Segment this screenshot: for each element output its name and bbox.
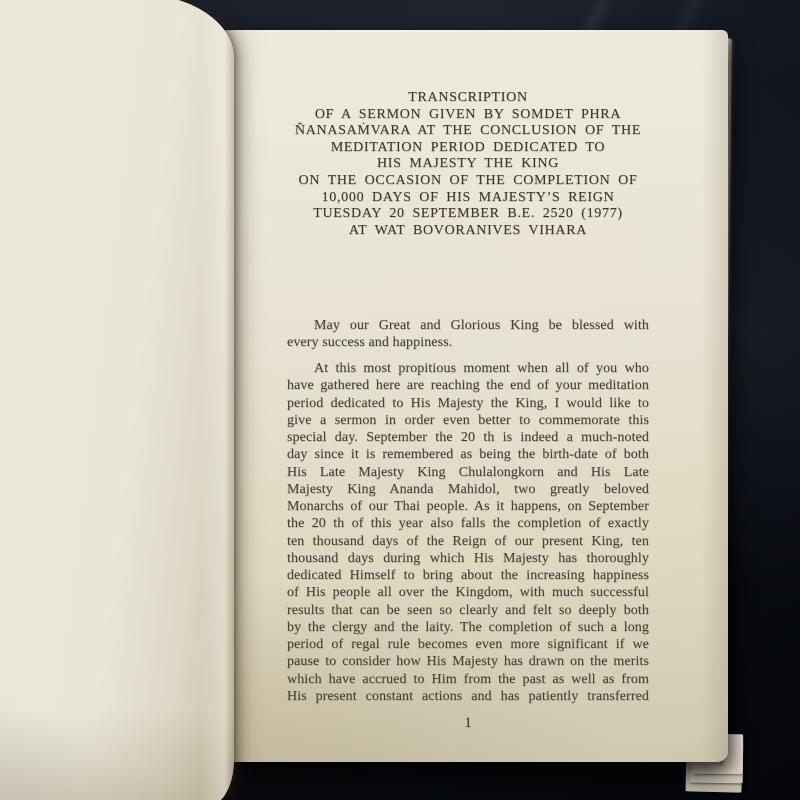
title-line: TUESDAY 20 SEPTEMBER B.E. 2520 (1977) <box>287 206 649 223</box>
left-book-page-curled <box>0 0 234 800</box>
body-text-line: His present constant actions and has pat… <box>287 688 649 705</box>
title-line: 10,000 DAYS OF HIS MAJESTY’S REIGN <box>287 190 649 207</box>
body-text-line: special day. September the 20 th is inde… <box>287 429 649 446</box>
title-line: OF A SERMON GIVEN BY SOMDET PHRA <box>287 107 649 124</box>
body-text-line: give a sermon in order even better to co… <box>287 412 649 429</box>
body-text-line: every success and happiness. <box>287 334 649 351</box>
body-text-line: His Late Majesty King Chulalongkorn and … <box>287 464 649 481</box>
sermon-title-block: TRANSCRIPTIONOF A SERMON GIVEN BY SOMDET… <box>287 90 649 239</box>
body-text-line: Monarchs of our Thai people. As it happe… <box>287 498 649 515</box>
page-number: 1 <box>287 715 649 732</box>
body-text-line: May our Great and Glorious King be bless… <box>287 317 649 334</box>
body-text-line: which have accrued to Him from the past … <box>287 671 649 688</box>
body-text-line: results that can be seen so clearly and … <box>287 602 649 619</box>
title-line: ÑANASAṀVARA AT THE CONCLUSION OF THE <box>287 123 649 140</box>
body-text-line: thousand days during which His Majesty h… <box>287 550 649 567</box>
body-text-line: At this most propitious moment when all … <box>287 360 649 377</box>
body-text-line: pause to consider how His Majesty has dr… <box>287 653 649 670</box>
book-photograph: TRANSCRIPTIONOF A SERMON GIVEN BY SOMDET… <box>0 0 800 800</box>
body-text-line: ten thousand days of the Reign of our pr… <box>287 533 649 550</box>
right-book-page: TRANSCRIPTIONOF A SERMON GIVEN BY SOMDET… <box>148 30 728 762</box>
title-line: ON THE OCCASION OF THE COMPLETION OF <box>287 173 649 190</box>
body-text-line: period dedicated to His Majesty the King… <box>287 395 649 412</box>
body-text-line: by the clergy and the laity. The complet… <box>287 619 649 636</box>
body-text-line: day since it is remembered as being the … <box>287 446 649 463</box>
paragraph-sermon-body: At this most propitious moment when all … <box>287 360 649 705</box>
body-text-line: dedicated Himself to bring about the inc… <box>287 567 649 584</box>
title-line: TRANSCRIPTION <box>287 90 649 107</box>
page-edge-shading <box>702 30 728 762</box>
paragraph-blessing: May our Great and Glorious King be bless… <box>287 317 649 352</box>
body-text-line: have gathered here are reaching the end … <box>287 377 649 394</box>
title-line: MEDITATION PERIOD DEDICATED TO <box>287 140 649 157</box>
body-text-line: Majesty King Ananda Mahidol, two greatly… <box>287 481 649 498</box>
body-text-line: of His people all over the Kingdom, with… <box>287 584 649 601</box>
title-line: AT WAT BOVORANIVES VIHARA <box>287 223 649 240</box>
body-text-line: period of regal rule becomes even more s… <box>287 636 649 653</box>
printed-text-column: TRANSCRIPTIONOF A SERMON GIVEN BY SOMDET… <box>287 30 649 762</box>
body-text-line: the 20 th of this year also falls the co… <box>287 515 649 532</box>
title-line: HIS MAJESTY THE KING <box>287 156 649 173</box>
